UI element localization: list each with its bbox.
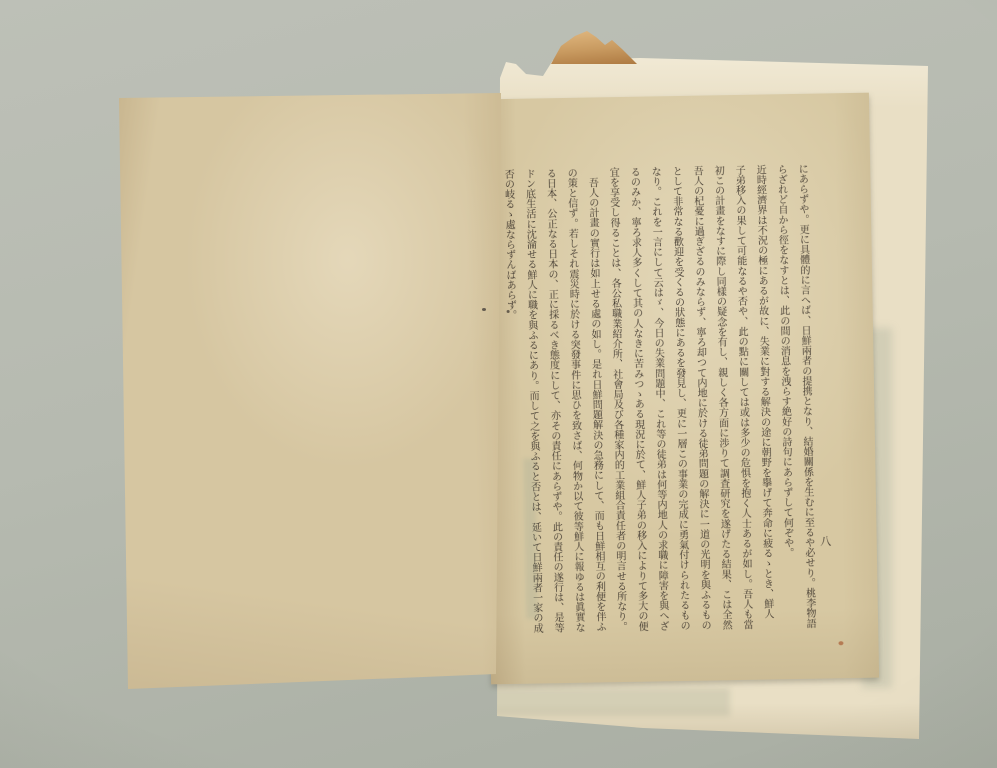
left-page xyxy=(115,92,503,690)
right-page: にあらずや。更に具體的に言へば、日鮮兩者の提携となり、結婚關係を生むに至るや必せ… xyxy=(481,93,879,685)
text-block: にあらずや。更に具體的に言へば、日鮮兩者の提携となり、結婚關係を生むに至るや必せ… xyxy=(497,164,820,643)
underlying-page-shade xyxy=(490,703,935,743)
page-number: 八 xyxy=(817,535,833,546)
photo-scene: にあらずや。更に具體的に言へば、日鮮兩者の提携となり、結婚關係を生むに至るや必せ… xyxy=(0,0,997,768)
paper-speck xyxy=(482,308,486,311)
left-page-surface xyxy=(115,92,503,690)
paper-speck xyxy=(507,310,510,313)
torn-page-corner xyxy=(549,28,639,66)
